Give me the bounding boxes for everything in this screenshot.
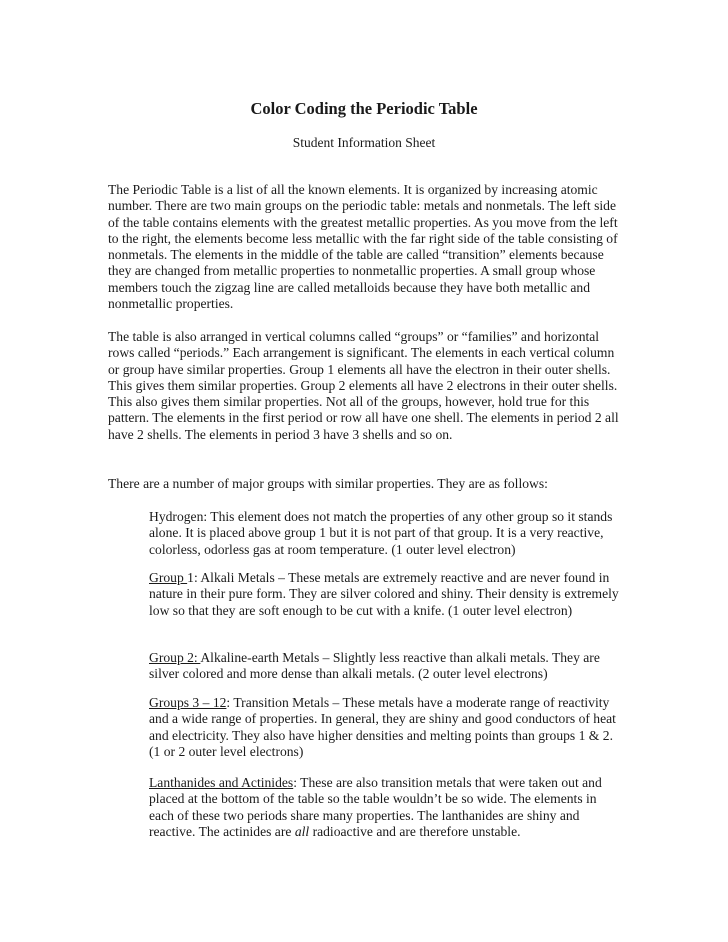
- group1-label: Group: [149, 570, 187, 585]
- transition-metals-label: Groups 3 – 12: [149, 695, 226, 710]
- hydrogen-text: : This element does not match the proper…: [149, 509, 612, 557]
- hydrogen-label: Hydrogen: [149, 509, 203, 524]
- group2-text: Alkaline-earth Metals – Slightly less re…: [149, 650, 600, 681]
- group2-label: Group 2:: [149, 650, 200, 665]
- group1-description: Group 1: Alkali Metals – These metals ar…: [149, 570, 624, 619]
- group1-label-number: 1: [187, 570, 194, 585]
- document-page: Color Coding the Periodic Table Student …: [0, 0, 728, 942]
- group1-text: : Alkali Metals – These metals are extre…: [149, 570, 619, 618]
- document-title: Color Coding the Periodic Table: [0, 99, 728, 119]
- lanthanides-actinides-description: Lanthanides and Actinides: These are als…: [149, 775, 624, 840]
- document-subtitle: Student Information Sheet: [0, 134, 728, 152]
- lanthanides-actinides-label: Lanthanides and Actinides: [149, 775, 293, 790]
- intro-paragraph: The Periodic Table is a list of all the …: [108, 182, 620, 312]
- transition-metals-description: Groups 3 – 12: Transition Metals – These…: [149, 695, 624, 760]
- group2-description: Group 2: Alkaline-earth Metals – Slightl…: [149, 650, 624, 683]
- hydrogen-description: Hydrogen: This element does not match th…: [149, 509, 624, 558]
- groups-periods-paragraph: The table is also arranged in vertical c…: [108, 329, 620, 443]
- emphasis-all: all: [295, 824, 309, 839]
- major-groups-intro: There are a number of major groups with …: [108, 476, 620, 492]
- lanthanides-actinides-text-2: radioactive and are therefore unstable.: [309, 824, 520, 839]
